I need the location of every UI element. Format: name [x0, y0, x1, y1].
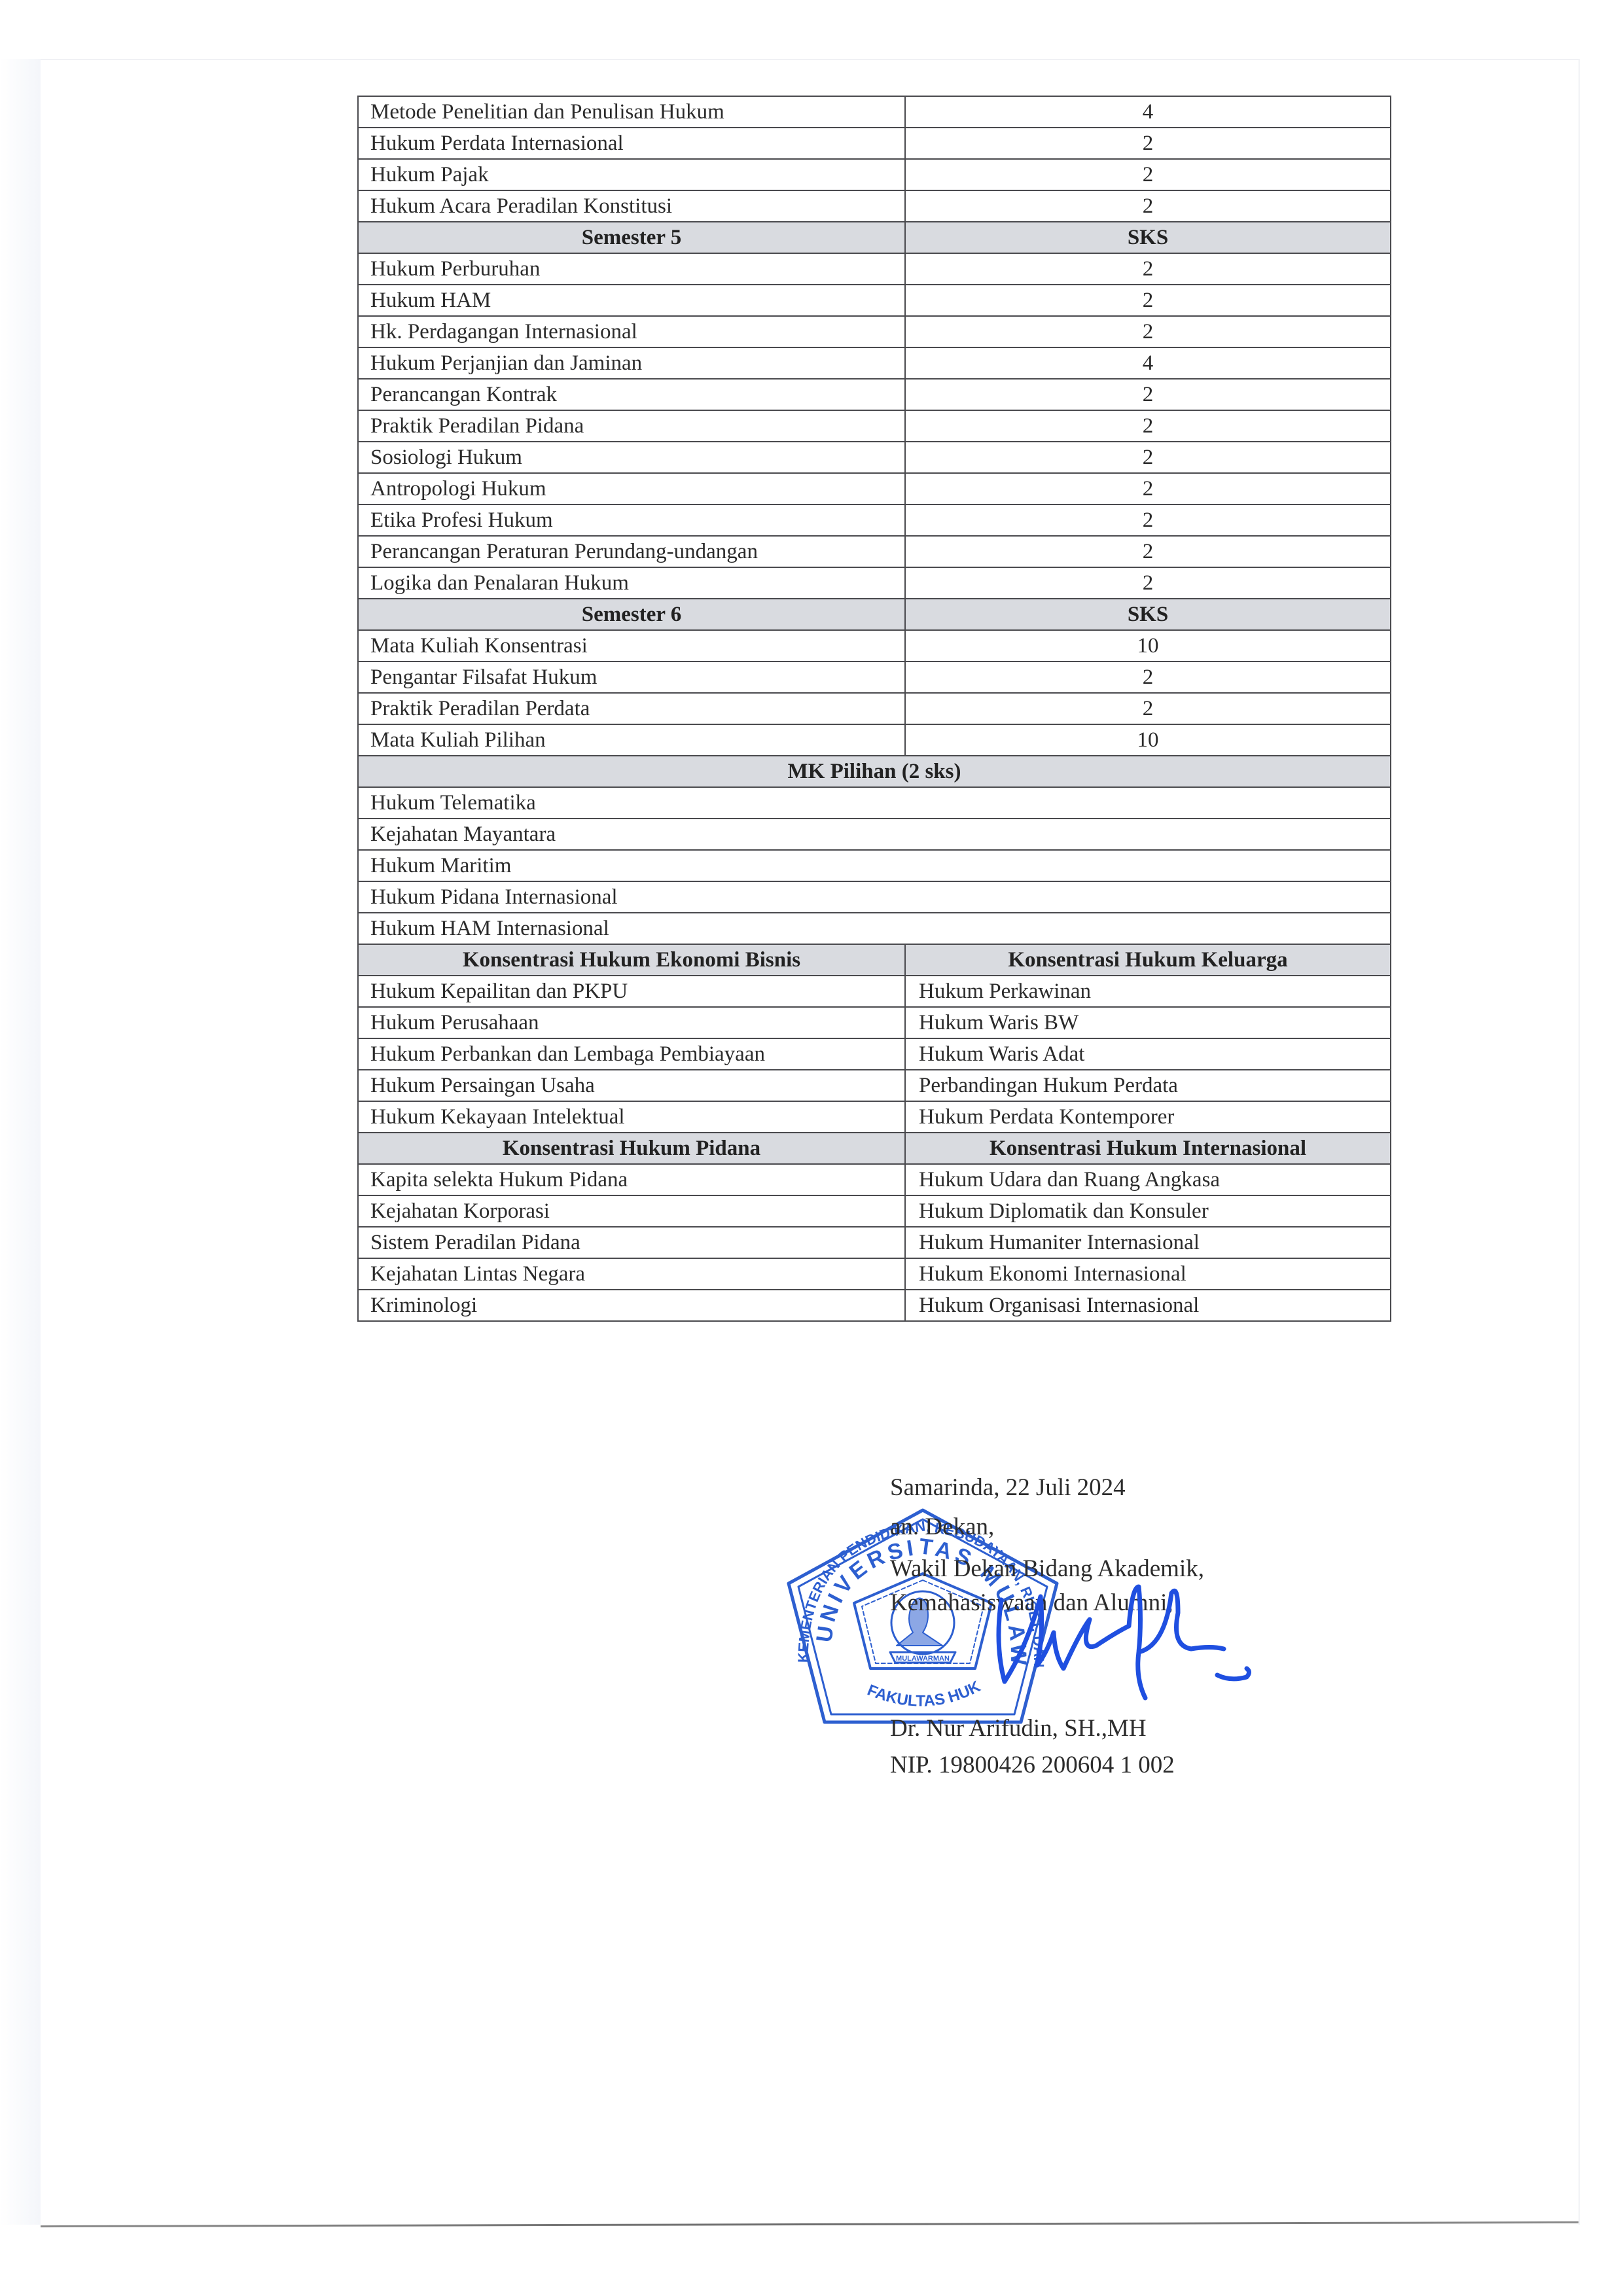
course-sks: 4	[905, 347, 1391, 379]
course-sks: 2	[905, 159, 1391, 190]
course-name: Mata Kuliah Pilihan	[358, 724, 905, 756]
signatory-nip: NIP. 19800426 200604 1 002	[890, 1751, 1175, 1779]
course-row: Hukum Perjanjian dan Jaminan4	[358, 347, 1391, 379]
course-row: Etika Profesi Hukum2	[358, 504, 1391, 536]
concentration-course-right: Hukum Humaniter Internasional	[905, 1227, 1391, 1258]
scan-edge-right	[1578, 59, 1580, 2225]
concentration-row: Hukum Perbankan dan Lembaga PembiayaanHu…	[358, 1038, 1391, 1070]
concentration-row: Hukum Kekayaan IntelektualHukum Perdata …	[358, 1101, 1391, 1133]
course-sks: 10	[905, 724, 1391, 756]
concentration-course-left: Hukum Kekayaan Intelektual	[358, 1101, 905, 1133]
section-header-row: Semester 5SKS	[358, 222, 1391, 253]
course-sks: 2	[905, 128, 1391, 159]
course-name: Praktik Peradilan Pidana	[358, 410, 905, 442]
course-name: Hukum Acara Peradilan Konstitusi	[358, 190, 905, 222]
course-row: Perancangan Peraturan Perundang-undangan…	[358, 536, 1391, 567]
curriculum-table-body: Metode Penelitian dan Penulisan Hukum4Hu…	[358, 96, 1391, 1321]
concentration-row: Hukum Kepailitan dan PKPUHukum Perkawina…	[358, 976, 1391, 1007]
course-name: Logika dan Penalaran Hukum	[358, 567, 905, 599]
concentration-course-right: Hukum Perkawinan	[905, 976, 1391, 1007]
stamp-banner-text: MULAWARMAN	[896, 1655, 950, 1663]
course-name: Perancangan Kontrak	[358, 379, 905, 410]
handwritten-signature	[982, 1574, 1257, 1704]
course-sks: 2	[905, 285, 1391, 316]
concentration-course-right: Perbandingan Hukum Perdata	[905, 1070, 1391, 1101]
course-sks: 2	[905, 316, 1391, 347]
course-row: Praktik Peradilan Pidana2	[358, 410, 1391, 442]
course-sks: 2	[905, 504, 1391, 536]
scan-edge-top	[41, 59, 1578, 60]
course-name: Hukum Perdata Internasional	[358, 128, 905, 159]
course-row: Hukum HAM2	[358, 285, 1391, 316]
signatory-name: Dr. Nur Arifudin, SH.,MH	[890, 1714, 1147, 1742]
section-header-right: SKS	[905, 599, 1391, 630]
elective-row: Hukum HAM Internasional	[358, 913, 1391, 944]
course-sks: 2	[905, 253, 1391, 285]
course-name: Etika Profesi Hukum	[358, 504, 905, 536]
elective-row: Hukum Pidana Internasional	[358, 881, 1391, 913]
course-sks: 2	[905, 190, 1391, 222]
course-sks: 2	[905, 410, 1391, 442]
elective-course-name: Hukum HAM Internasional	[358, 913, 1391, 944]
concentration-row: KriminologiHukum Organisasi Internasiona…	[358, 1290, 1391, 1321]
course-sks: 2	[905, 536, 1391, 567]
course-row: Praktik Peradilan Perdata2	[358, 693, 1391, 724]
concentration-course-right: Hukum Ekonomi Internasional	[905, 1258, 1391, 1290]
course-sks: 2	[905, 662, 1391, 693]
section-header-right: Konsentrasi Hukum Keluarga	[905, 944, 1391, 976]
course-row: Mata Kuliah Konsentrasi10	[358, 630, 1391, 662]
concentration-course-right: Hukum Udara dan Ruang Angkasa	[905, 1164, 1391, 1195]
elective-course-name: Kejahatan Mayantara	[358, 819, 1391, 850]
concentration-course-left: Sistem Peradilan Pidana	[358, 1227, 905, 1258]
concentration-course-left: Hukum Persaingan Usaha	[358, 1070, 905, 1101]
course-row: Antropologi Hukum2	[358, 473, 1391, 504]
course-name: Hk. Perdagangan Internasional	[358, 316, 905, 347]
section-header-right: SKS	[905, 222, 1391, 253]
course-sks: 10	[905, 630, 1391, 662]
scan-shadow	[0, 59, 41, 2225]
section-header-row: MK Pilihan (2 sks)	[358, 756, 1391, 787]
scan-edge-bottom	[41, 2221, 1578, 2227]
elective-course-name: Hukum Maritim	[358, 850, 1391, 881]
elective-row: Kejahatan Mayantara	[358, 819, 1391, 850]
course-row: Perancangan Kontrak2	[358, 379, 1391, 410]
course-name: Praktik Peradilan Perdata	[358, 693, 905, 724]
course-row: Hukum Perburuhan2	[358, 253, 1391, 285]
concentration-row: Hukum PerusahaanHukum Waris BW	[358, 1007, 1391, 1038]
concentration-course-left: Hukum Kepailitan dan PKPU	[358, 976, 905, 1007]
concentration-course-left: Kapita selekta Hukum Pidana	[358, 1164, 905, 1195]
concentration-course-right: Hukum Diplomatik dan Konsuler	[905, 1195, 1391, 1227]
course-row: Hukum Perdata Internasional2	[358, 128, 1391, 159]
elective-course-name: Hukum Pidana Internasional	[358, 881, 1391, 913]
concentration-course-right: Hukum Perdata Kontemporer	[905, 1101, 1391, 1133]
course-row: Hukum Acara Peradilan Konstitusi2	[358, 190, 1391, 222]
section-header-left: Semester 5	[358, 222, 905, 253]
concentration-row: Sistem Peradilan PidanaHukum Humaniter I…	[358, 1227, 1391, 1258]
course-name: Hukum Perjanjian dan Jaminan	[358, 347, 905, 379]
course-name: Sosiologi Hukum	[358, 442, 905, 473]
course-name: Hukum Perburuhan	[358, 253, 905, 285]
course-sks: 2	[905, 567, 1391, 599]
concentration-course-left: Kejahatan Lintas Negara	[358, 1258, 905, 1290]
section-header-row: Konsentrasi Hukum PidanaKonsentrasi Huku…	[358, 1133, 1391, 1164]
concentration-course-left: Hukum Perbankan dan Lembaga Pembiayaan	[358, 1038, 905, 1070]
elective-course-name: Hukum Telematika	[358, 787, 1391, 819]
course-name: Metode Penelitian dan Penulisan Hukum	[358, 96, 905, 128]
course-name: Mata Kuliah Konsentrasi	[358, 630, 905, 662]
elective-row: Hukum Maritim	[358, 850, 1391, 881]
concentration-course-left: Kriminologi	[358, 1290, 905, 1321]
concentration-row: Kejahatan Lintas NegaraHukum Ekonomi Int…	[358, 1258, 1391, 1290]
course-sks: 2	[905, 693, 1391, 724]
concentration-row: Kejahatan KorporasiHukum Diplomatik dan …	[358, 1195, 1391, 1227]
course-name: Perancangan Peraturan Perundang-undangan	[358, 536, 905, 567]
course-row: Metode Penelitian dan Penulisan Hukum4	[358, 96, 1391, 128]
course-name: Antropologi Hukum	[358, 473, 905, 504]
concentration-row: Kapita selekta Hukum PidanaHukum Udara d…	[358, 1164, 1391, 1195]
course-row: Pengantar Filsafat Hukum2	[358, 662, 1391, 693]
concentration-course-right: Hukum Organisasi Internasional	[905, 1290, 1391, 1321]
course-sks: 2	[905, 473, 1391, 504]
course-row: Hukum Pajak2	[358, 159, 1391, 190]
on-behalf-line: an. Dekan,	[890, 1513, 994, 1541]
section-header-left: Konsentrasi Hukum Pidana	[358, 1133, 905, 1164]
section-header-title: MK Pilihan (2 sks)	[358, 756, 1391, 787]
concentration-course-left: Kejahatan Korporasi	[358, 1195, 905, 1227]
course-name: Hukum HAM	[358, 285, 905, 316]
section-header-row: Semester 6SKS	[358, 599, 1391, 630]
section-header-left: Semester 6	[358, 599, 905, 630]
section-header-row: Konsentrasi Hukum Ekonomi BisnisKonsentr…	[358, 944, 1391, 976]
curriculum-table: Metode Penelitian dan Penulisan Hukum4Hu…	[357, 96, 1391, 1322]
course-name: Pengantar Filsafat Hukum	[358, 662, 905, 693]
concentration-row: Hukum Persaingan UsahaPerbandingan Hukum…	[358, 1070, 1391, 1101]
place-date: Samarinda, 22 Juli 2024	[890, 1474, 1126, 1502]
elective-row: Hukum Telematika	[358, 787, 1391, 819]
course-row: Hk. Perdagangan Internasional2	[358, 316, 1391, 347]
course-sks: 2	[905, 442, 1391, 473]
course-sks: 4	[905, 96, 1391, 128]
concentration-course-left: Hukum Perusahaan	[358, 1007, 905, 1038]
course-row: Sosiologi Hukum2	[358, 442, 1391, 473]
course-name: Hukum Pajak	[358, 159, 905, 190]
concentration-course-right: Hukum Waris BW	[905, 1007, 1391, 1038]
concentration-course-right: Hukum Waris Adat	[905, 1038, 1391, 1070]
course-sks: 2	[905, 379, 1391, 410]
course-row: Mata Kuliah Pilihan10	[358, 724, 1391, 756]
section-header-right: Konsentrasi Hukum Internasional	[905, 1133, 1391, 1164]
course-row: Logika dan Penalaran Hukum2	[358, 567, 1391, 599]
section-header-left: Konsentrasi Hukum Ekonomi Bisnis	[358, 944, 905, 976]
